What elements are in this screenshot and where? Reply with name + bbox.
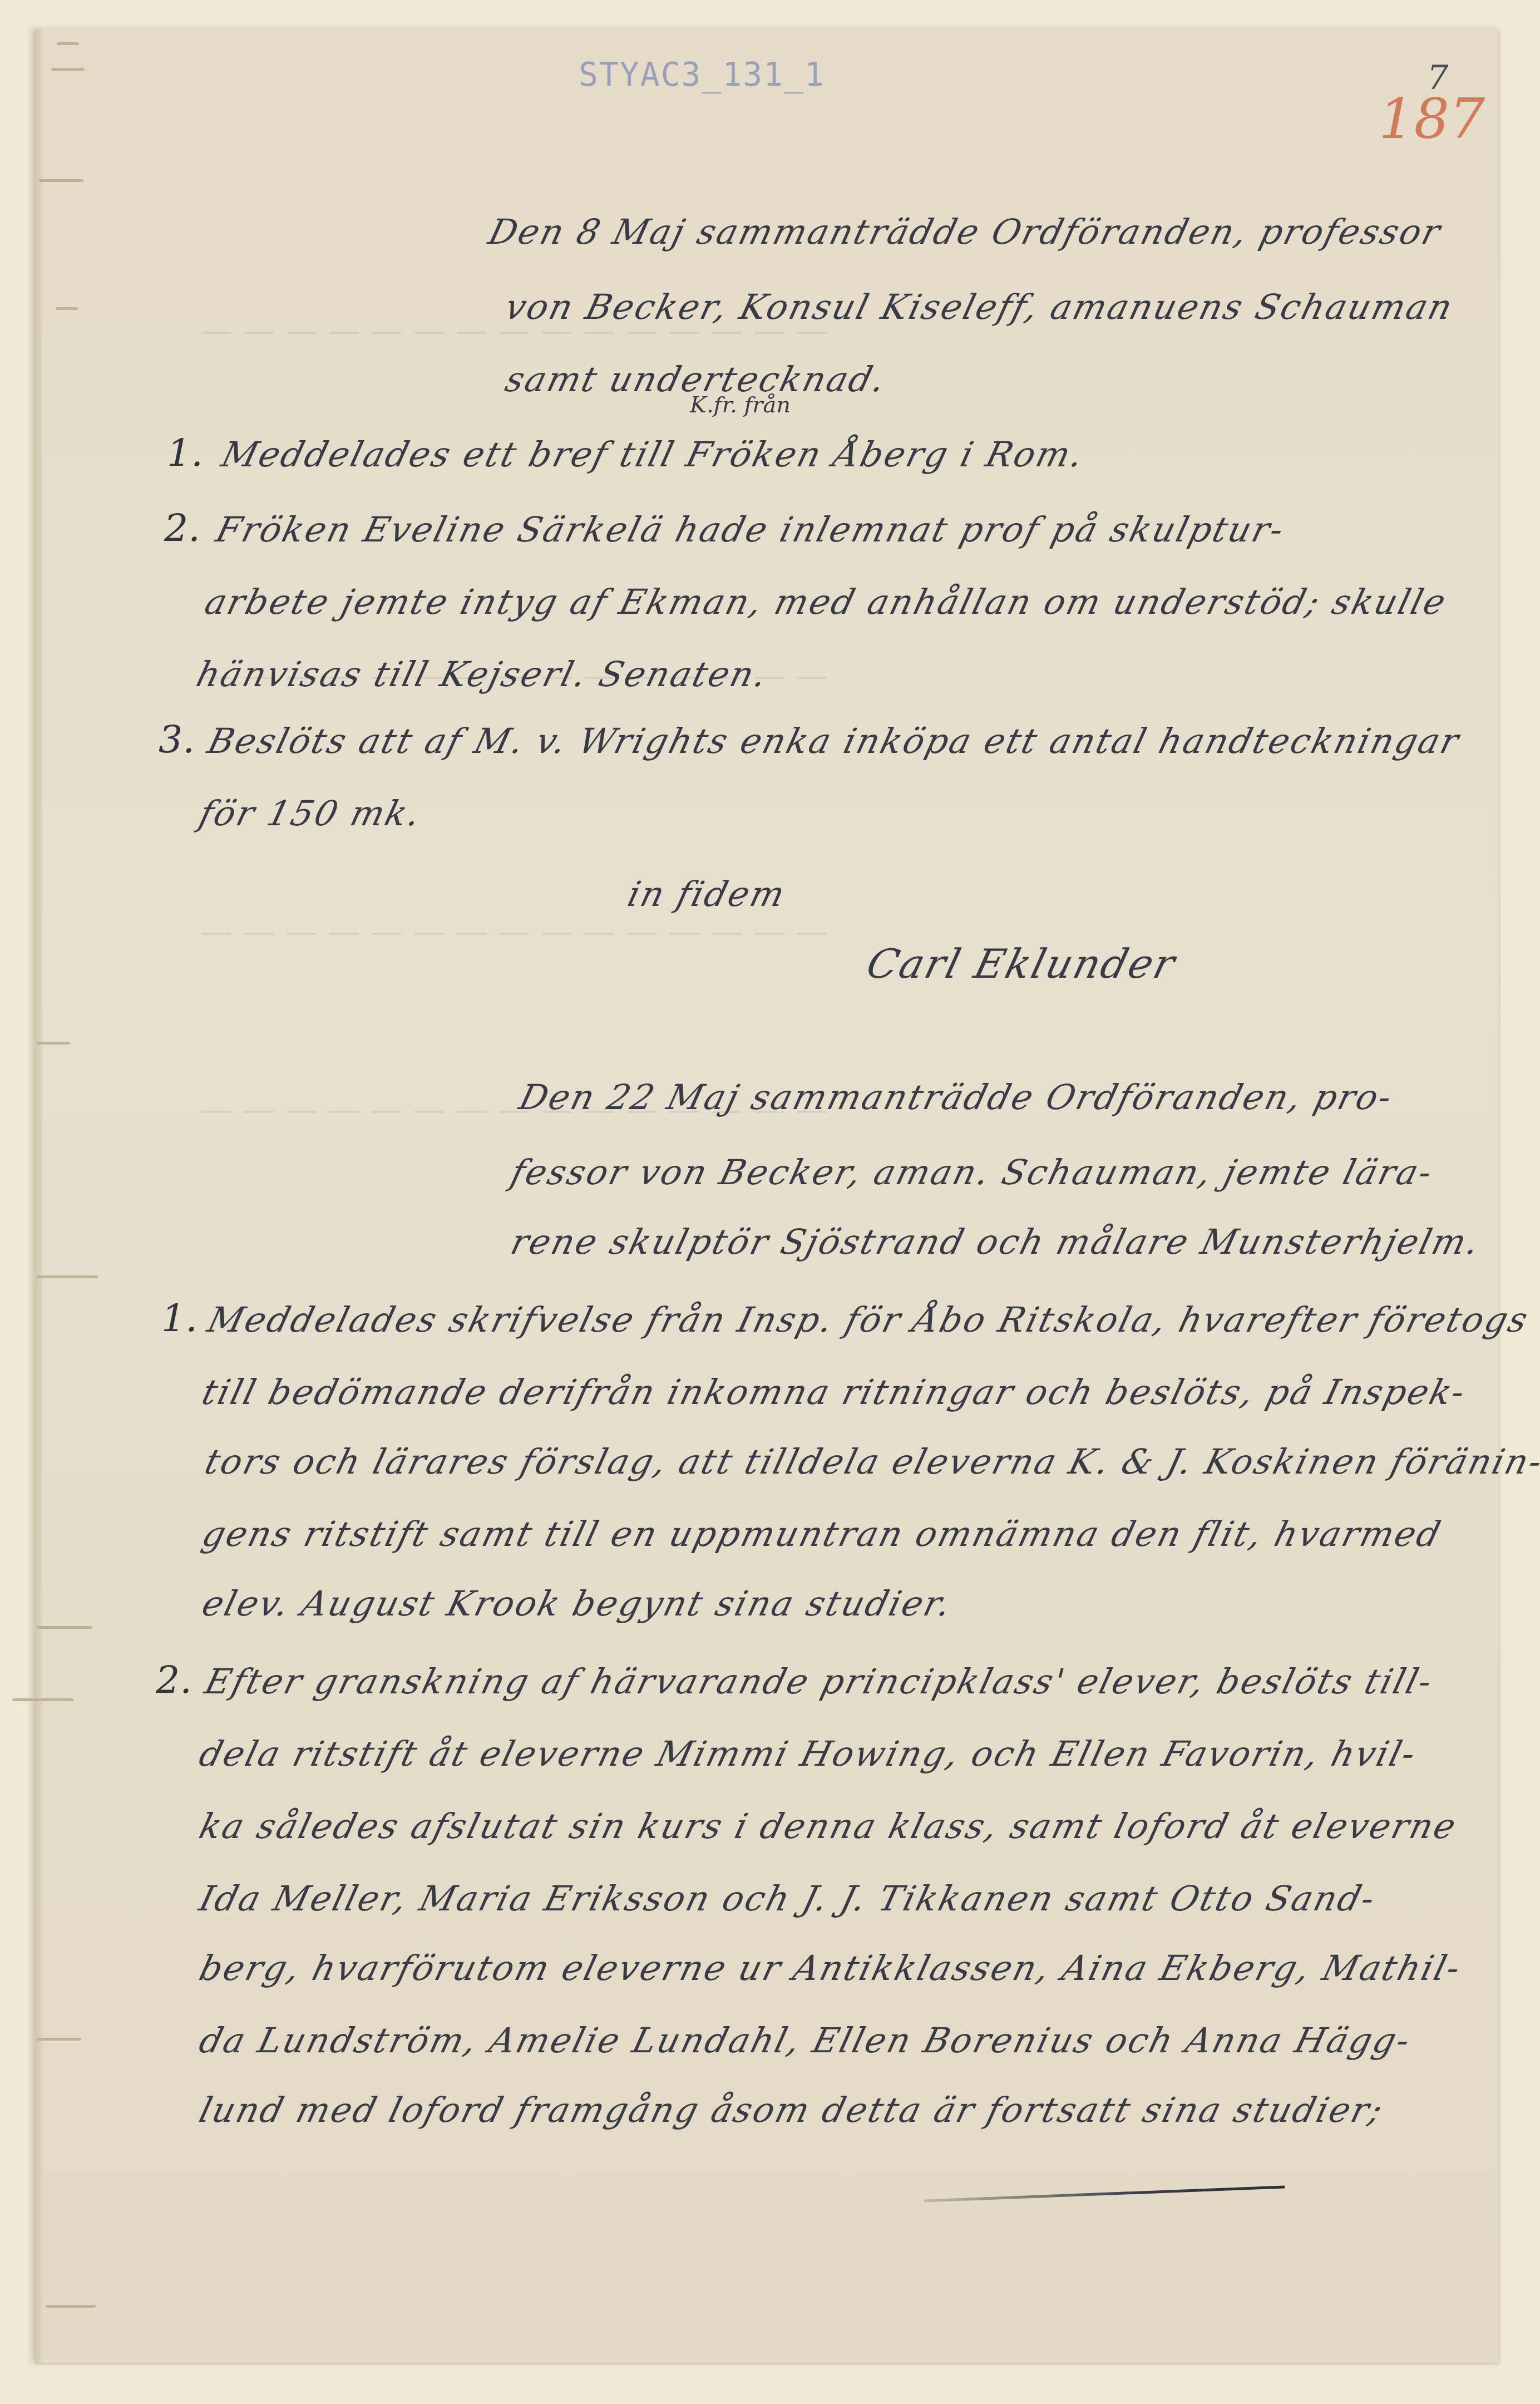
item-number: 3.: [159, 718, 195, 762]
binding-mark: [12, 1698, 73, 1701]
binding-mark: [37, 2038, 81, 2041]
meeting-1-intro-line: von Becker, Konsul Kiseleff, amanuens Sc…: [501, 287, 1458, 327]
item-text-line: hänvisas till Kejserl. Senaten.: [192, 654, 773, 694]
meeting-2-intro-line: fessor von Becker, aman. Schauman, jemte…: [507, 1152, 1438, 1193]
folio-number-red: 187: [1379, 86, 1485, 151]
item-text-line: da Lundström, Amelie Lundahl, Ellen Bore…: [195, 2020, 1415, 2061]
item-text-line: tors och lärares förslag, att tilldela e…: [201, 1441, 1540, 1482]
item-text-line: Beslöts att af M. v. Wrights enka inköpa…: [204, 721, 1464, 761]
item-number: 1.: [161, 1297, 198, 1341]
item-text-line: lund med loford framgång åsom detta är f…: [195, 2090, 1389, 2130]
item-text-line: ka således afslutat sin kurs i denna kla…: [195, 1806, 1462, 1846]
item-text-line: Efter granskning af härvarande principkl…: [201, 1661, 1438, 1702]
meeting-2-intro-line: rene skulptör Sjöstrand och målare Munst…: [507, 1221, 1485, 1262]
binding-mark: [37, 1275, 98, 1278]
bleed-through-text: — — — — — — — — — — — — — — —: [200, 913, 828, 950]
item-text-line: för 150 mk.: [195, 793, 426, 834]
item-number: 1.: [167, 431, 203, 475]
binding-mark: [57, 42, 79, 45]
item-number: 2.: [156, 1658, 192, 1702]
interlinear-insertion: K.fr. från: [690, 392, 791, 418]
item-text-line: arbete jemte intyg af Ekman, med anhålla…: [201, 582, 1452, 622]
binding-mark: [37, 1626, 92, 1629]
signature: Carl Eklunder: [862, 940, 1181, 987]
binding-mark: [46, 2305, 96, 2308]
item-text-line: Ida Meller, Maria Eriksson och J. J. Tik…: [195, 1878, 1380, 1919]
item-text-line: Meddelades ett bref till Fröken Åberg i …: [218, 434, 1089, 475]
binding-mark: [51, 68, 85, 71]
binding-mark: [56, 307, 78, 310]
archive-identifier: STYAC3_131_1: [579, 56, 825, 93]
item-text-line: Meddelades skrifvelse från Insp. för Åbo…: [204, 1299, 1533, 1340]
item-number: 2.: [164, 506, 200, 550]
meeting-2-intro-line: Den 22 Maj sammanträdde Ordföranden, pro…: [515, 1077, 1398, 1117]
meeting-1-intro-line: Den 8 Maj sammanträdde Ordföranden, prof…: [485, 211, 1446, 252]
binding-mark: [39, 179, 83, 182]
closing-formula: in fidem: [624, 874, 791, 914]
item-text-line: dela ritstift åt eleverne Mimmi Howing, …: [195, 1733, 1421, 1774]
item-text-line: gens ritstift samt till en uppmuntran om…: [198, 1514, 1446, 1554]
item-text-line: Fröken Eveline Särkelä hade inlemnat pro…: [212, 509, 1289, 550]
item-text-line: berg, hvarförutom eleverne ur Antikklass…: [195, 1948, 1466, 1988]
item-text-line: elev. August Krook begynt sina studier.: [198, 1583, 956, 1624]
binding-mark: [37, 1042, 70, 1045]
item-text-line: till bedömande derifrån inkomna ritninga…: [198, 1372, 1470, 1412]
